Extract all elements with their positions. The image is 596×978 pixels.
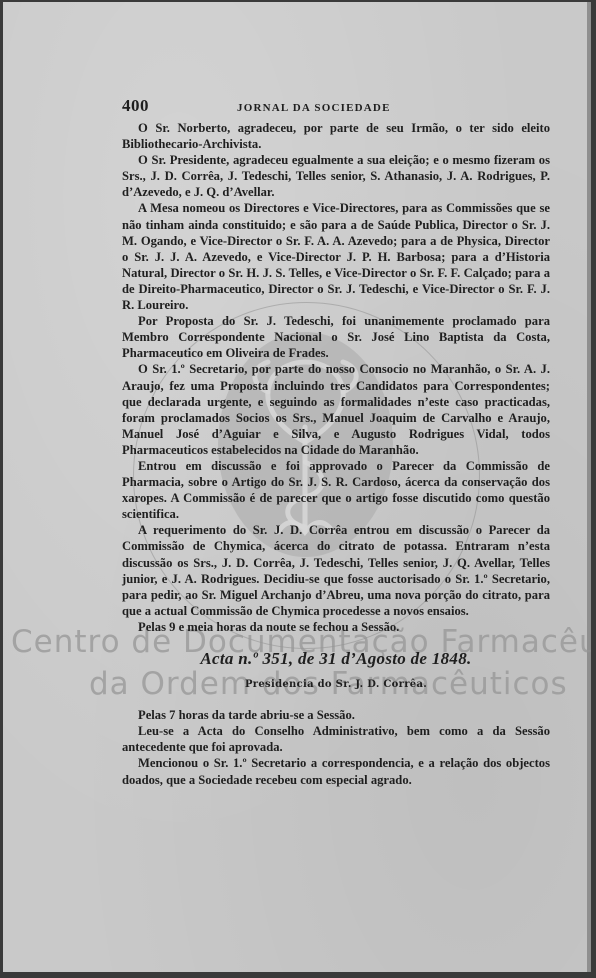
paragraph: Pelas 9 e meia horas da noute se fechou … <box>122 619 550 635</box>
running-title: JORNAL DA SOCIEDADE <box>237 100 391 116</box>
paragraph: Mencionou o Sr. 1.º Secretario a corresp… <box>122 755 550 787</box>
scanned-page: Centro de Documentação Farmacêutica da O… <box>3 2 591 972</box>
page-header: 400 JORNAL DA SOCIEDADE <box>122 98 550 118</box>
paragraph: Pelas 7 horas da tarde abriu-se a Sessão… <box>122 707 550 723</box>
paragraph: Leu-se a Acta do Conselho Administrativo… <box>122 723 550 755</box>
page-number: 400 <box>122 98 237 114</box>
page-edge <box>587 2 591 972</box>
presidencia-subheading: Presidencia do Sr. J. D. Corrêa. <box>122 677 550 693</box>
paragraph: A requerimento do Sr. J. D. Corrêa entro… <box>122 522 550 619</box>
acta-heading: Acta n.º 351, de 31 d’Agosto de 1848. <box>122 651 550 667</box>
paragraph: O Sr. Presidente, agradeceu egualmente a… <box>122 152 550 200</box>
paragraph: O Sr. 1.º Secretario, por parte do nosso… <box>122 361 550 458</box>
paragraph: Por Proposta do Sr. J. Tedeschi, foi una… <box>122 313 550 361</box>
page-body: 400 JORNAL DA SOCIEDADE O Sr. Norberto, … <box>122 98 550 788</box>
paragraph: O Sr. Norberto, agradeceu, por parte de … <box>122 120 550 152</box>
paragraph: A Mesa nomeou os Directores e Vice-Direc… <box>122 200 550 313</box>
paragraph: Entrou em discussão e foi approvado o Pa… <box>122 458 550 522</box>
